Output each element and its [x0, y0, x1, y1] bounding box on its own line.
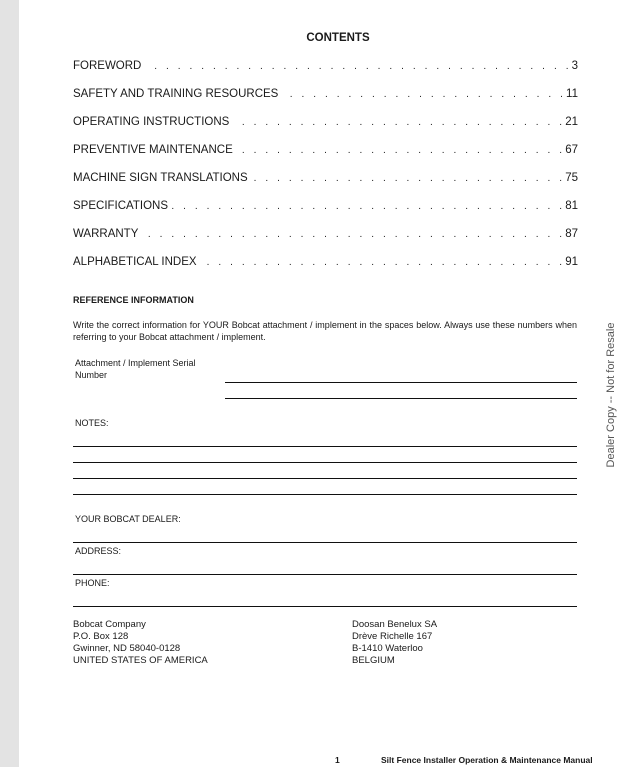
- toc-entry[interactable]: FOREWORD . . . . . . . . . . . . . . . .…: [73, 60, 578, 88]
- toc-entry-label: OPERATING INSTRUCTIONS: [73, 116, 233, 128]
- contents-title: CONTENTS: [0, 32, 624, 44]
- toc-entry-page: 3: [572, 60, 578, 72]
- dealer-line[interactable]: [73, 542, 577, 543]
- address-line[interactable]: [73, 574, 577, 575]
- toc-entry-label: MACHINE SIGN TRANSLATIONS: [73, 172, 252, 184]
- toc-entry[interactable]: SAFETY AND TRAINING RESOURCES . . . . . …: [73, 88, 578, 116]
- us-address-line: Bobcat Company: [73, 619, 208, 631]
- toc-leader-dots: . . . . . . . . . . . . . . . . . . . . …: [172, 201, 565, 212]
- us-address-line: P.O. Box 128: [73, 631, 208, 643]
- dealer-label: YOUR BOBCAT DEALER:: [75, 513, 181, 525]
- toc-entry-page: 75: [565, 172, 578, 184]
- toc-entry-label: ALPHABETICAL INDEX: [73, 256, 201, 268]
- toc-entry-page: 81: [565, 200, 578, 212]
- reference-instructions: Write the correct information for YOUR B…: [73, 319, 577, 343]
- serial-number-label-line1: Attachment / Implement Serial: [75, 357, 196, 369]
- toc-entry-label: SPECIFICATIONS: [73, 200, 172, 212]
- toc-entry-label: SAFETY AND TRAINING RESOURCES: [73, 88, 282, 100]
- toc-entry-page: 67: [565, 144, 578, 156]
- eu-address-line: Drève Richelle 167: [352, 631, 437, 643]
- us-address-line: UNITED STATES OF AMERICA: [73, 655, 208, 667]
- toc-leader-dots: . . . . . . . . . . . . . . . . . . . . …: [142, 229, 565, 240]
- toc-entry-label: PREVENTIVE MAINTENANCE: [73, 144, 237, 156]
- toc-entry-label: WARRANTY: [73, 228, 142, 240]
- address-label: ADDRESS:: [75, 545, 121, 557]
- notes-label: NOTES:: [75, 417, 109, 429]
- serial-number-line-1[interactable]: [225, 382, 577, 383]
- notes-line-1[interactable]: [73, 446, 577, 447]
- toc-leader-dots: . . . . . . . . . . . . . . . . . . . . …: [145, 61, 571, 72]
- phone-label: PHONE:: [75, 577, 110, 589]
- notes-line-4[interactable]: [73, 494, 577, 495]
- toc-leader-dots: . . . . . . . . . . . . . . . . . . . . …: [282, 89, 566, 100]
- page-gutter: [0, 0, 19, 767]
- toc-leader-dots: . . . . . . . . . . . . . . . . . . . . …: [237, 145, 565, 156]
- toc-entry-label: FOREWORD: [73, 60, 145, 72]
- eu-address-line: B-1410 Waterloo: [352, 643, 437, 655]
- toc-entry-page: 11: [566, 88, 578, 100]
- dealer-copy-watermark: Dealer Copy -- Not for Resale: [605, 323, 617, 468]
- toc-entry[interactable]: OPERATING INSTRUCTIONS . . . . . . . . .…: [73, 116, 578, 144]
- table-of-contents: FOREWORD . . . . . . . . . . . . . . . .…: [73, 60, 578, 284]
- us-address-line: Gwinner, ND 58040-0128: [73, 643, 208, 655]
- phone-line[interactable]: [73, 606, 577, 607]
- eu-address-line: Doosan Benelux SA: [352, 619, 437, 631]
- toc-entry-page: 21: [565, 116, 578, 128]
- serial-number-line-2[interactable]: [225, 398, 577, 399]
- reference-heading: REFERENCE INFORMATION: [73, 295, 194, 305]
- notes-line-2[interactable]: [73, 462, 577, 463]
- notes-line-3[interactable]: [73, 478, 577, 479]
- toc-entry-page: 87: [565, 228, 578, 240]
- eu-address-block: Doosan Benelux SA Drève Richelle 167 B-1…: [352, 619, 437, 667]
- toc-entry[interactable]: PREVENTIVE MAINTENANCE . . . . . . . . .…: [73, 144, 578, 172]
- toc-leader-dots: . . . . . . . . . . . . . . . . . . . . …: [252, 173, 566, 184]
- toc-leader-dots: . . . . . . . . . . . . . . . . . . . . …: [233, 117, 565, 128]
- toc-entry-page: 91: [565, 256, 578, 268]
- toc-entry[interactable]: WARRANTY . . . . . . . . . . . . . . . .…: [73, 228, 578, 256]
- footer-manual-title: Silt Fence Installer Operation & Mainten…: [381, 755, 593, 765]
- footer-page-number: 1: [335, 755, 340, 765]
- us-address-block: Bobcat Company P.O. Box 128 Gwinner, ND …: [73, 619, 208, 667]
- toc-leader-dots: . . . . . . . . . . . . . . . . . . . . …: [201, 257, 566, 268]
- eu-address-line: BELGIUM: [352, 655, 437, 667]
- toc-entry[interactable]: ALPHABETICAL INDEX . . . . . . . . . . .…: [73, 256, 578, 284]
- toc-entry[interactable]: SPECIFICATIONS . . . . . . . . . . . . .…: [73, 200, 578, 228]
- toc-entry[interactable]: MACHINE SIGN TRANSLATIONS . . . . . . . …: [73, 172, 578, 200]
- serial-number-label-line2: Number: [75, 369, 196, 381]
- serial-number-label: Attachment / Implement Serial Number: [75, 357, 196, 381]
